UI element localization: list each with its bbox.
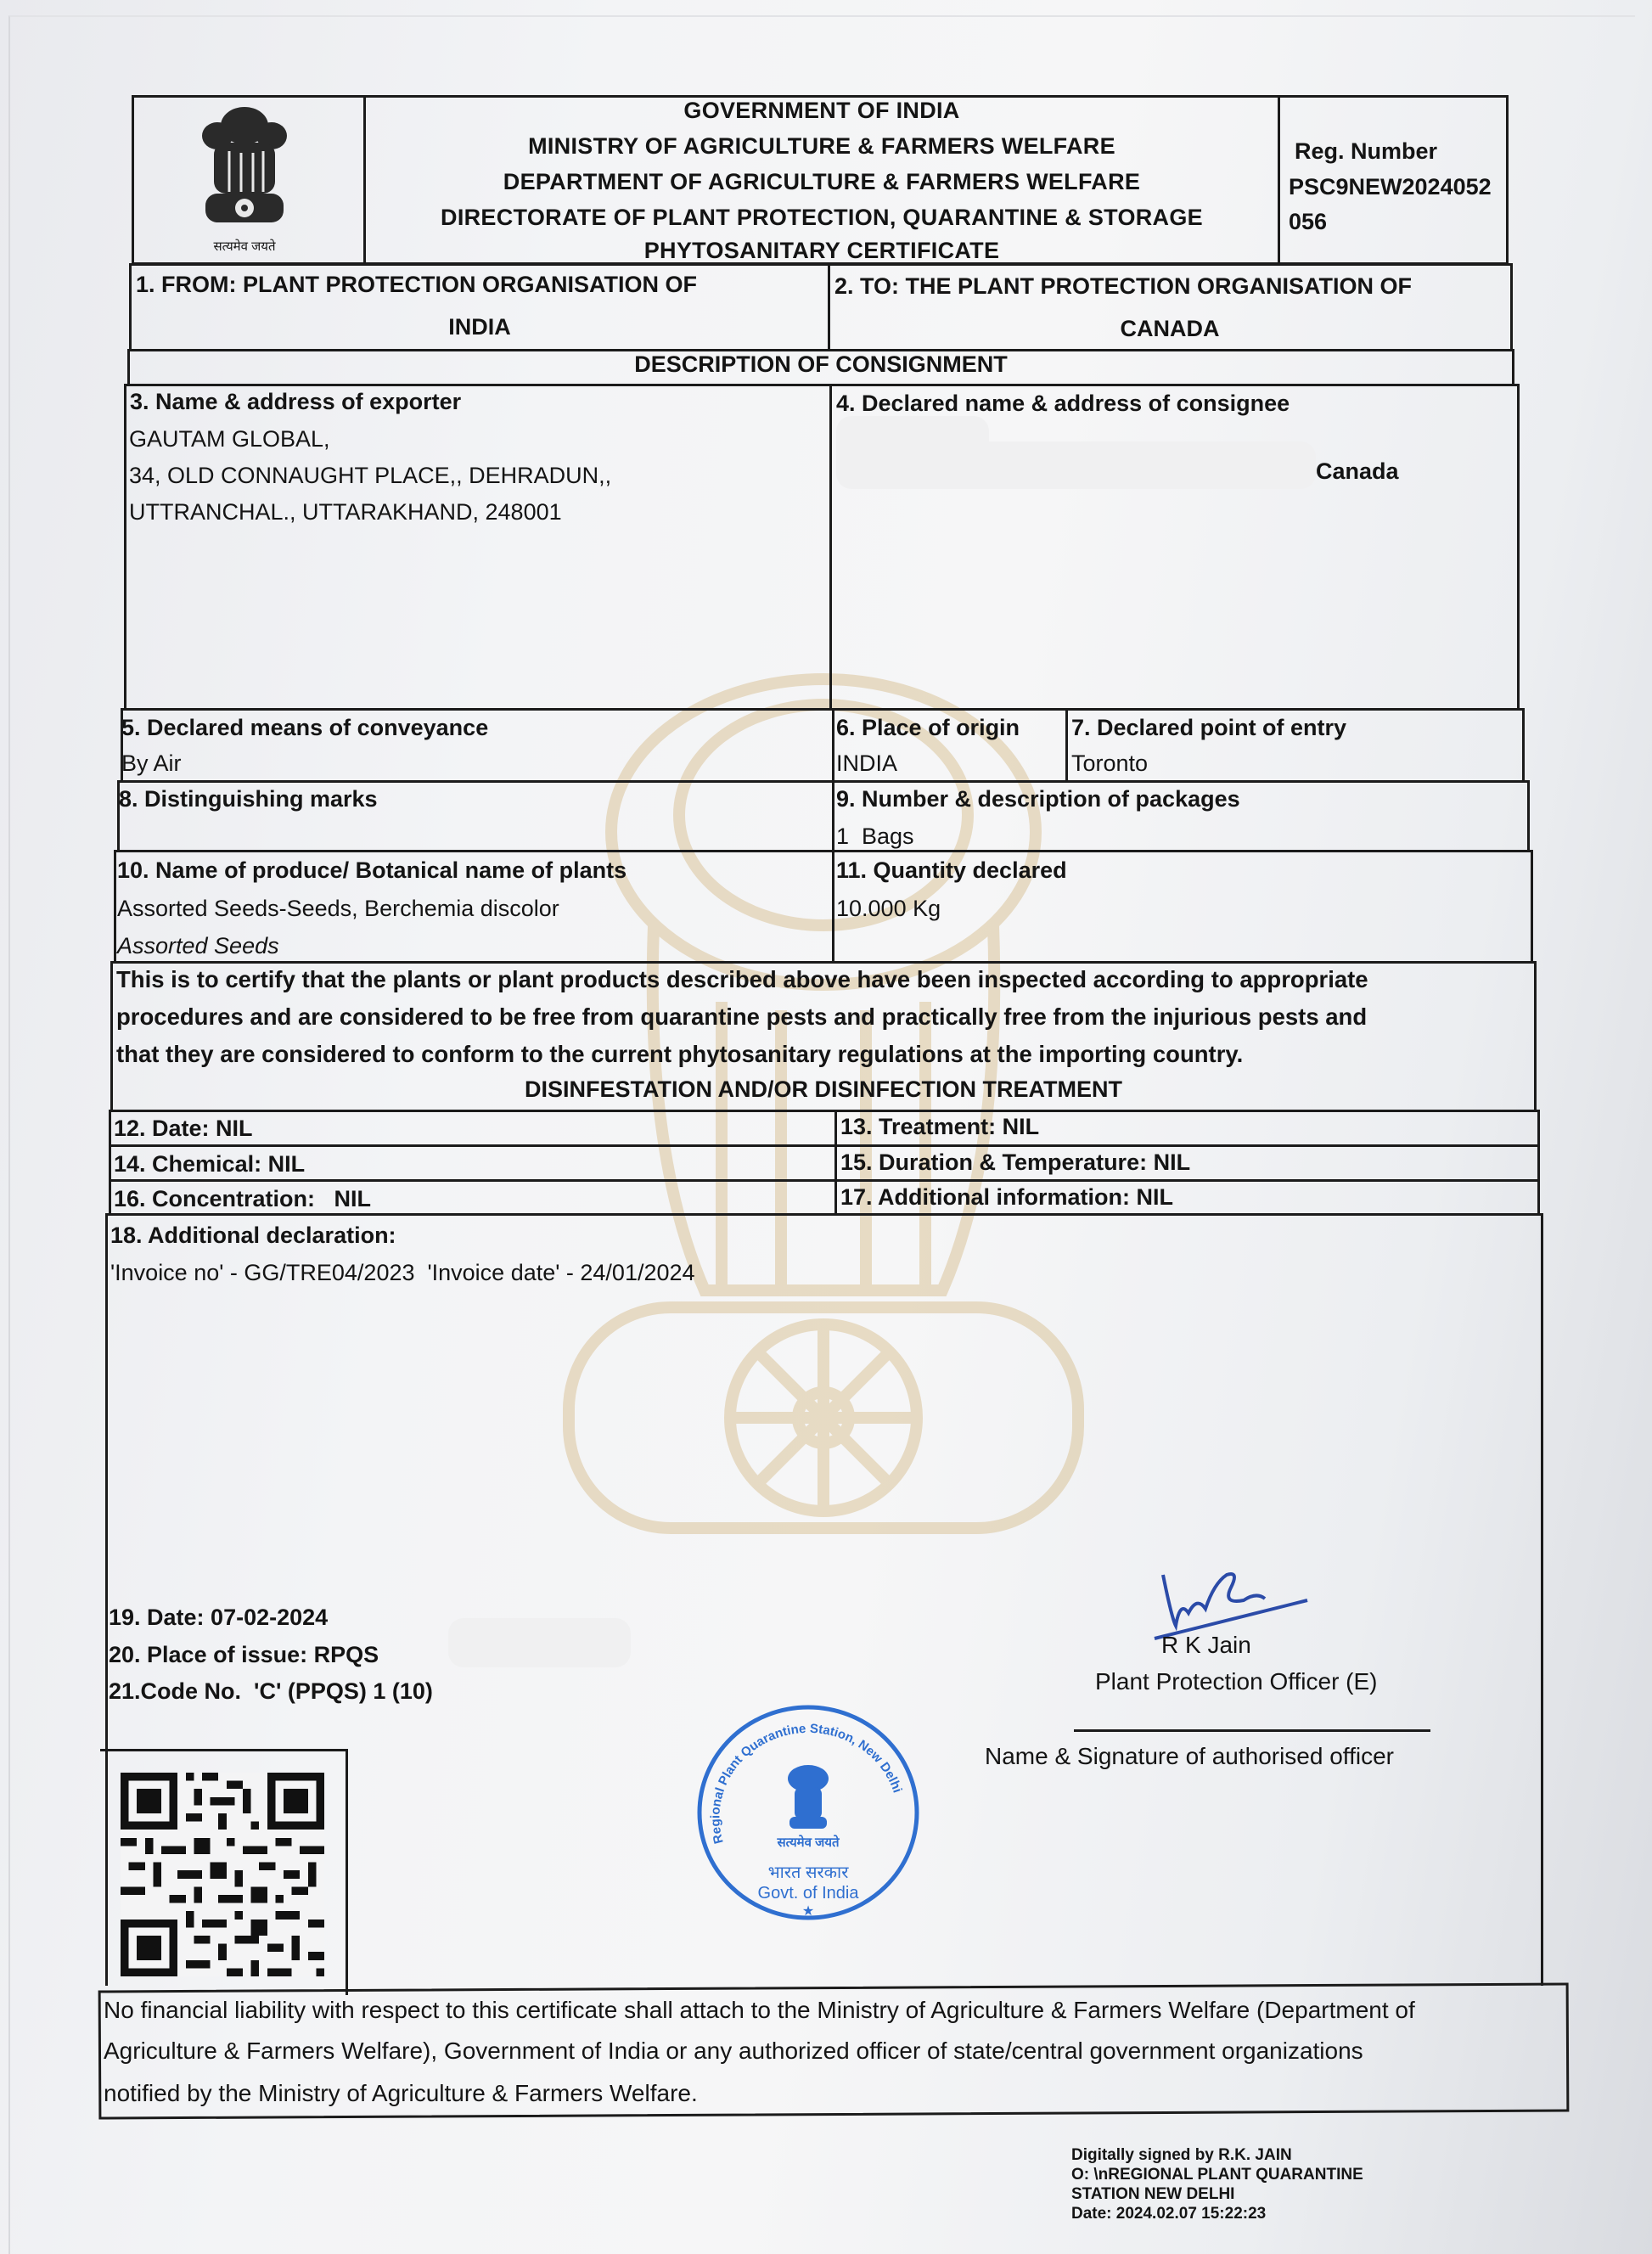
additional-declaration-value: 'Invoice no' - GG/TRE04/2023 'Invoice da… bbox=[110, 1260, 695, 1286]
from-label: 1. FROM: PLANT PROTECTION ORGANISATION O… bbox=[136, 272, 697, 298]
stamp-motto: सत्यमेव जयते bbox=[776, 1835, 840, 1850]
qr-code-icon[interactable] bbox=[121, 1773, 324, 1976]
place-of-issue: 20. Place of issue: RPQS bbox=[109, 1642, 379, 1668]
to-label: 2. TO: THE PLANT PROTECTION ORGANISATION… bbox=[834, 273, 1412, 300]
code-number: 21.Code No. 'C' (PPQS) 1 (10) bbox=[109, 1678, 433, 1705]
reg-number-label: Reg. Number bbox=[1295, 138, 1437, 165]
officer-title: Plant Protection Officer (E) bbox=[1095, 1668, 1378, 1695]
issue-date: 19. Date: 07-02-2024 bbox=[109, 1605, 328, 1631]
stamp-hindi-bottom: भारत सरकार bbox=[768, 1863, 850, 1882]
certificate-title: PHYTOSANITARY CERTIFICATE bbox=[366, 238, 1278, 264]
from-value: INDIA bbox=[132, 314, 828, 340]
origin-label: 6. Place of origin bbox=[836, 715, 1020, 741]
treatment-additional-info: 17. Additional information: NIL bbox=[840, 1184, 1173, 1211]
consignment-heading: DESCRIPTION OF CONSIGNMENT bbox=[127, 351, 1514, 378]
header-line-2: MINISTRY OF AGRICULTURE & FARMERS WELFAR… bbox=[366, 133, 1278, 160]
to-value: CANADA bbox=[830, 316, 1509, 342]
digital-signature-line-2: O: \nREGIONAL PLANT QUARANTINE bbox=[1071, 2166, 1363, 2185]
packages-value: 1 Bags bbox=[836, 823, 914, 850]
conveyance-label: 5. Declared means of conveyance bbox=[121, 715, 488, 741]
header-line-3: DEPARTMENT OF AGRICULTURE & FARMERS WELF… bbox=[366, 169, 1278, 195]
origin-value: INDIA bbox=[836, 750, 897, 777]
entry-label: 7. Declared point of entry bbox=[1071, 715, 1346, 741]
reg-number-value-1: PSC9NEW2024052 bbox=[1289, 174, 1492, 200]
redacted-place bbox=[448, 1618, 631, 1667]
reg-number-value-2: 056 bbox=[1289, 209, 1327, 235]
certify-line-1: This is to certify that the plants or pl… bbox=[116, 966, 1368, 993]
treatment-duration: 15. Duration & Temperature: NIL bbox=[840, 1149, 1190, 1176]
conveyance-value: By Air bbox=[121, 750, 182, 777]
signature-label: Name & Signature of authorised officer bbox=[985, 1743, 1394, 1770]
additional-declaration-label: 18. Additional declaration: bbox=[110, 1223, 396, 1249]
exporter-line-2: 34, OLD CONNAUGHT PLACE,, DEHRADUN,, bbox=[129, 463, 611, 489]
stamp-english-bottom: Govt. of India bbox=[758, 1884, 860, 1903]
digital-signature-line-1: Digitally signed by R.K. JAIN bbox=[1071, 2146, 1292, 2166]
certify-line-3: that they are considered to conform to t… bbox=[116, 1041, 1243, 1068]
treatment-date: 12. Date: NIL bbox=[114, 1116, 253, 1142]
quantity-label: 11. Quantity declared bbox=[836, 857, 1067, 884]
redacted-consignee-address bbox=[836, 441, 1316, 489]
digital-signature-line-4: Date: 2024.02.07 15:22:23 bbox=[1071, 2205, 1266, 2224]
header-line-4: DIRECTORATE OF PLANT PROTECTION, QUARANT… bbox=[366, 205, 1278, 231]
national-emblem-icon bbox=[194, 100, 295, 236]
exporter-line-3: UTTRANCHAL., UTTARAKHAND, 248001 bbox=[129, 499, 562, 526]
disclaimer-line-3: notified by the Ministry of Agriculture … bbox=[104, 2080, 698, 2107]
consignee-label: 4. Declared name & address of consignee bbox=[836, 391, 1290, 417]
exporter-line-1: GAUTAM GLOBAL, bbox=[129, 426, 330, 452]
disclaimer-line-2: Agriculture & Farmers Welfare), Governme… bbox=[104, 2038, 1363, 2065]
entry-value: Toronto bbox=[1071, 750, 1148, 777]
consignee-country: Canada bbox=[1316, 458, 1399, 485]
packages-label: 9. Number & description of packages bbox=[836, 786, 1240, 812]
treatment-concentration: 16. Concentration: NIL bbox=[114, 1186, 371, 1212]
treatment-heading: DISINFESTATION AND/OR DISINFECTION TREAT… bbox=[110, 1076, 1537, 1103]
quantity-value: 10.000 Kg bbox=[836, 896, 941, 922]
svg-text:★: ★ bbox=[802, 1904, 814, 1919]
exporter-label: 3. Name & address of exporter bbox=[130, 389, 461, 415]
produce-label: 10. Name of produce/ Botanical name of p… bbox=[117, 857, 627, 884]
officer-name: R K Jain bbox=[1161, 1632, 1251, 1659]
exporter-consignee-box bbox=[124, 384, 1520, 711]
produce-value-italic: Assorted Seeds bbox=[117, 933, 279, 959]
disclaimer-line-1: No financial liability with respect to t… bbox=[104, 1997, 1415, 2024]
treatment-chemical: 14. Chemical: NIL bbox=[114, 1151, 305, 1178]
treatment-type: 13. Treatment: NIL bbox=[840, 1114, 1039, 1140]
emblem-motto: सत्यमेव जयते bbox=[194, 239, 295, 254]
header-line-1: GOVERNMENT OF INDIA bbox=[366, 98, 1278, 124]
certify-line-2: procedures and are considered to be free… bbox=[116, 1003, 1367, 1031]
phytosanitary-certificate: सत्यमेव जयते GOVERNMENT OF INDIA MINISTR… bbox=[0, 0, 1652, 2254]
digital-signature-line-3: STATION NEW DELHI bbox=[1071, 2185, 1234, 2205]
produce-value: Assorted Seeds-Seeds, Berchemia discolor bbox=[117, 896, 559, 922]
marks-label: 8. Distinguishing marks bbox=[119, 786, 378, 812]
official-stamp-icon: Regional Plant Quarantine Station, New D… bbox=[689, 1698, 927, 1927]
